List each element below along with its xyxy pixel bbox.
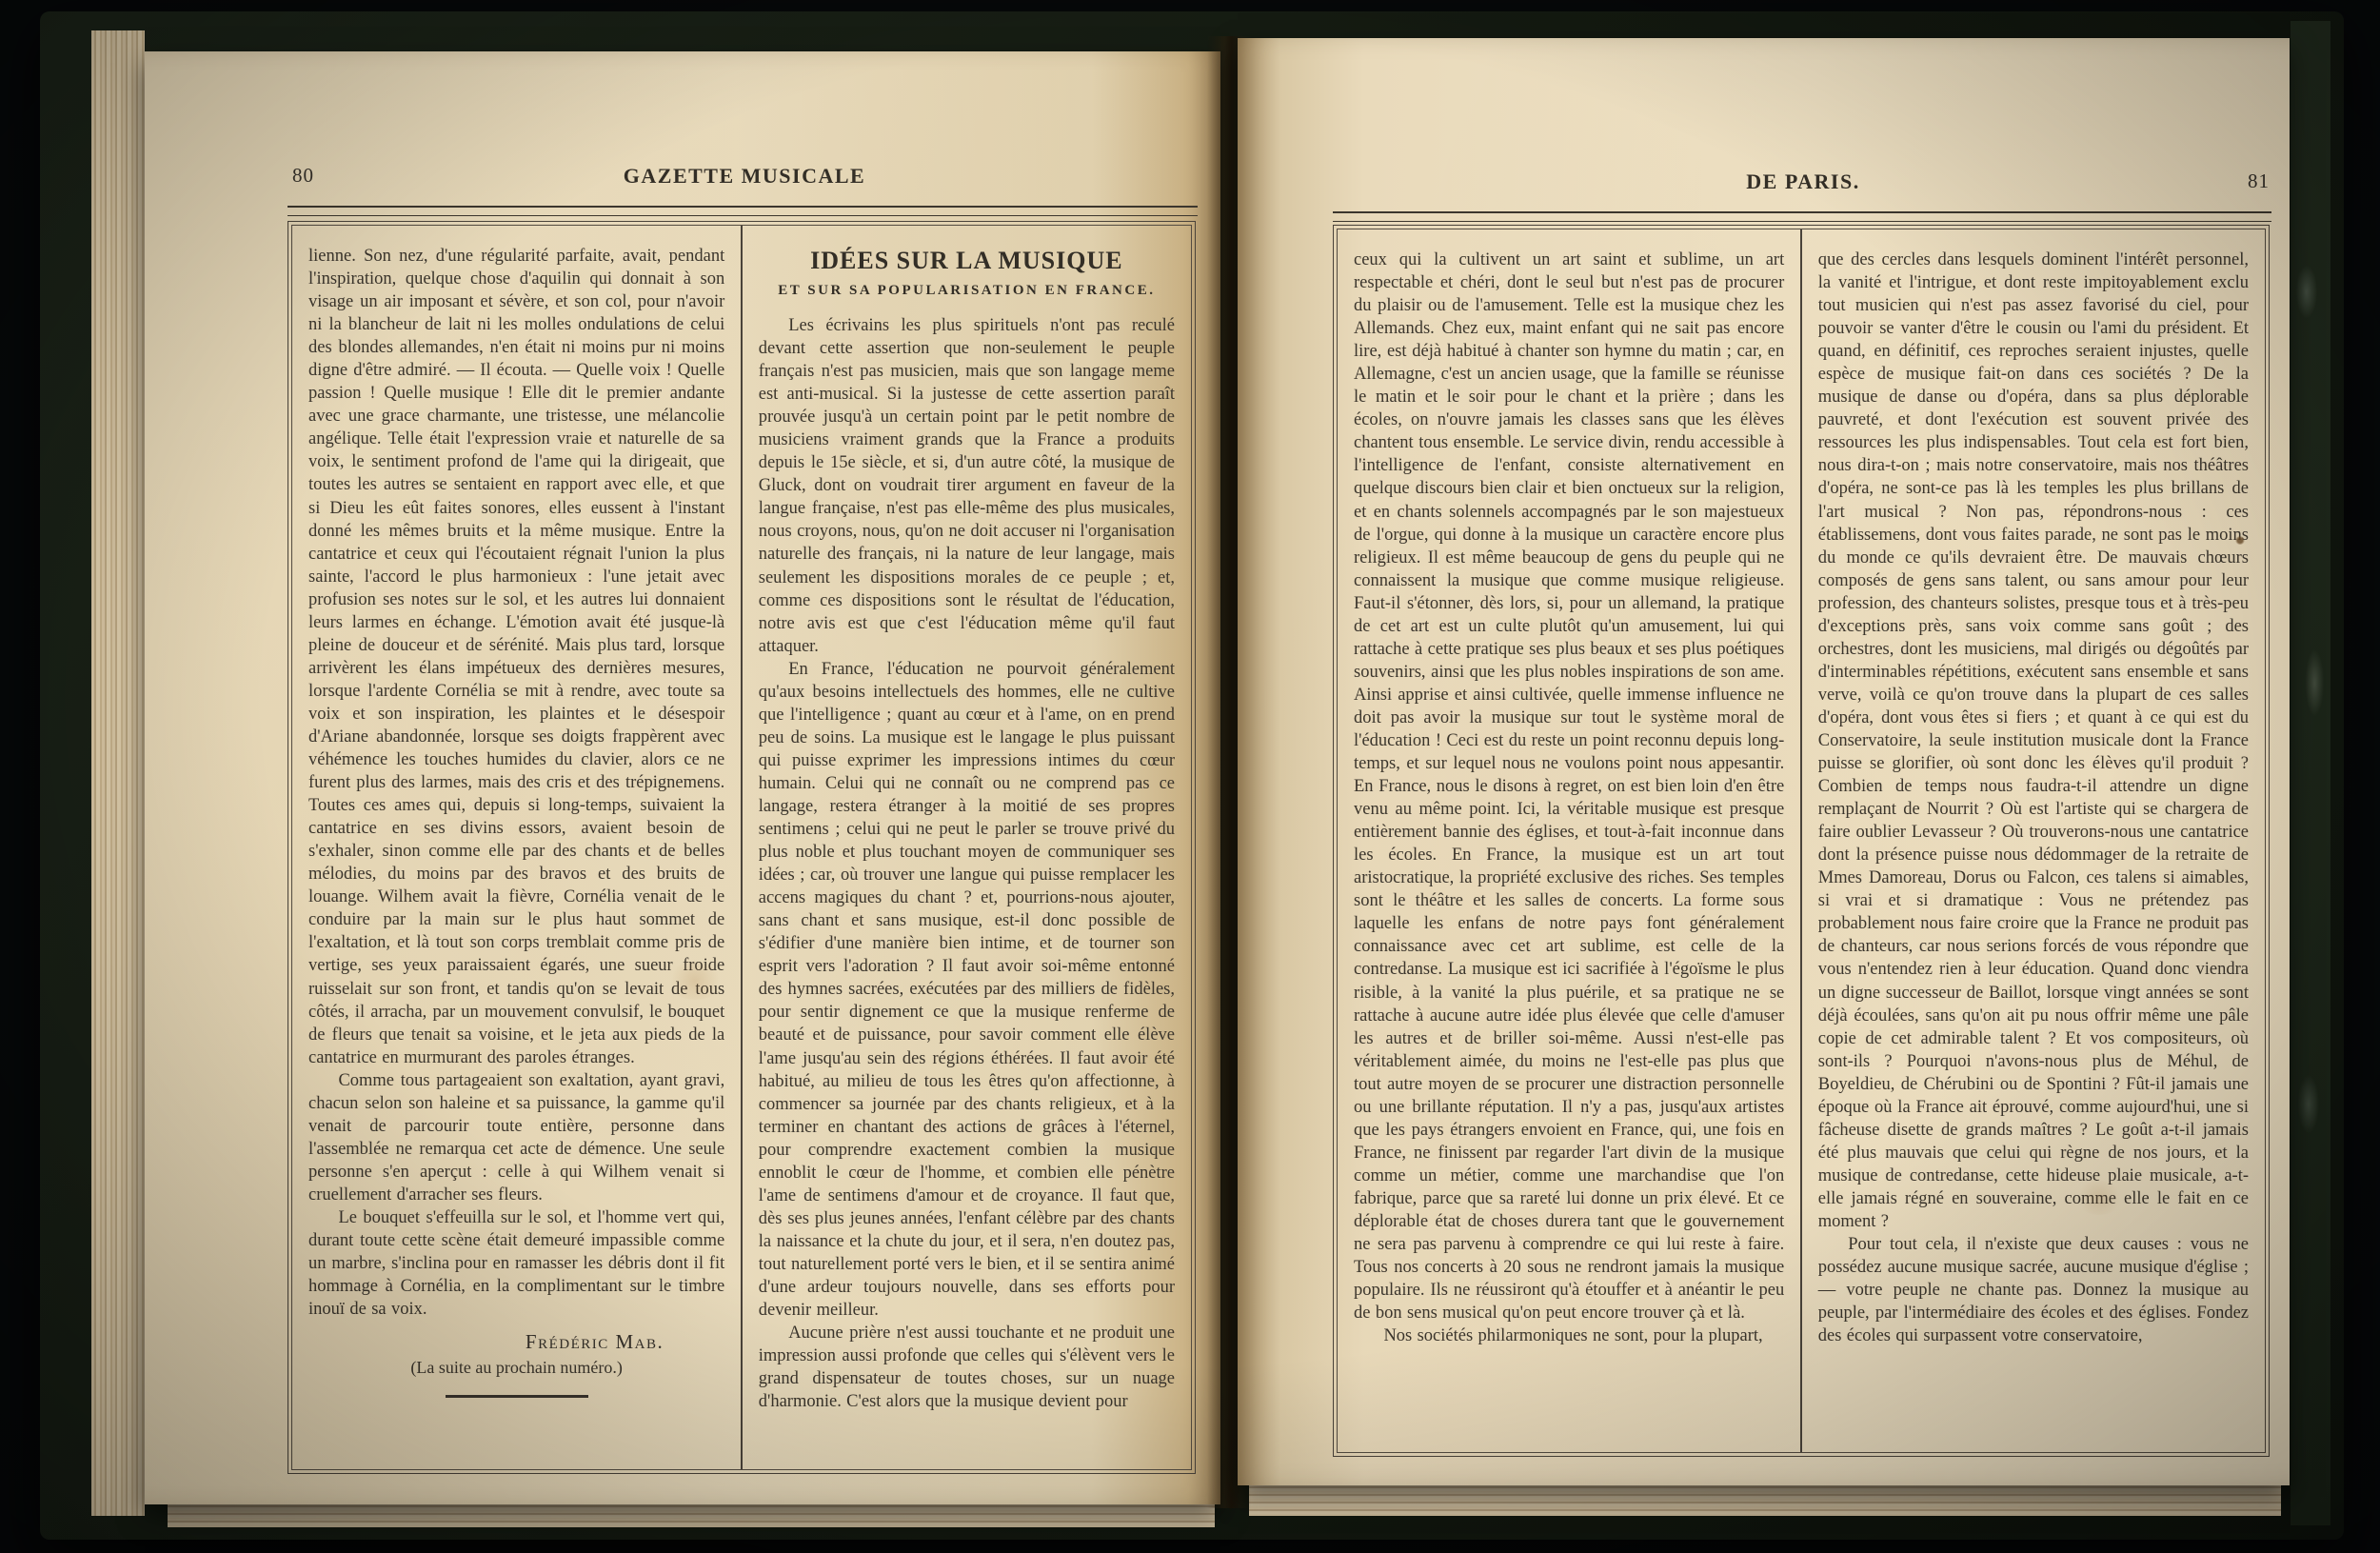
marbled-board-right — [2291, 21, 2330, 1525]
page-81: DE PARIS. 81 ceux qui la cultivent un ar… — [1238, 38, 2290, 1485]
page-number: 81 — [2248, 169, 2270, 193]
article-text-continued: que des cercles dans lesquels dominent l… — [1818, 249, 2249, 1347]
page-edge-stack-left — [91, 30, 145, 1516]
paragraph: Pour tout cela, il n'existe que deux cau… — [1818, 1233, 2249, 1347]
header-double-rule — [1333, 211, 2271, 222]
paragraph: Le bouquet s'effeuilla sur le sol, et l'… — [308, 1206, 724, 1321]
paragraph: Les écrivains les plus spirituels n'ont … — [759, 314, 1175, 658]
article-title: IDÉES SUR LA MUSIQUE — [759, 247, 1175, 275]
author-signature: Frédéric Mab. — [308, 1330, 724, 1354]
page-number: 80 — [292, 164, 314, 188]
continuation-note: (La suite au prochain numéro.) — [308, 1358, 724, 1378]
page-80-header: 80 GAZETTE MUSICALE — [292, 164, 1197, 189]
article-text-continued: ceux qui la cultivent un art saint et su… — [1354, 249, 1784, 1347]
serial-story-text: lienne. Son nez, d'une régularité parfai… — [308, 245, 724, 1321]
page-edge-stack-bottom-right — [1249, 1483, 2281, 1516]
running-title: GAZETTE MUSICALE — [624, 164, 865, 189]
marbled-board-left — [55, 21, 91, 1525]
running-title: DE PARIS. — [1746, 169, 1859, 194]
paragraph: ceux qui la cultivent un art saint et su… — [1354, 249, 1784, 1324]
paragraph: Comme tous partageaient son exaltation, … — [308, 1069, 724, 1206]
page-80: 80 GAZETTE MUSICALE lienne. Son nez, d'u… — [145, 51, 1220, 1504]
text-frame: lienne. Son nez, d'une régularité parfai… — [288, 221, 1196, 1474]
page-81-header: DE PARIS. 81 — [1337, 169, 2270, 194]
paragraph: Aucune prière n'est aussi touchante et n… — [759, 1322, 1175, 1413]
article-subtitle: ET SUR SA POPULARISATION EN FRANCE. — [759, 283, 1175, 299]
paragraph: lienne. Son nez, d'une régularité parfai… — [308, 245, 724, 1069]
column-left: lienne. Son nez, d'une régularité parfai… — [292, 226, 741, 1469]
section-end-rule — [446, 1395, 588, 1398]
paragraph: En France, l'éducation ne pourvoit génér… — [759, 658, 1175, 1322]
text-frame: ceux qui la cultivent un art saint et su… — [1333, 225, 2270, 1457]
article-text: Les écrivains les plus spirituels n'ont … — [759, 314, 1175, 1413]
header-double-rule — [288, 206, 1198, 216]
column-right: que des cercles dans lesquels dominent l… — [1802, 229, 2265, 1452]
page-edge-stack-bottom-left — [168, 1503, 1215, 1527]
paragraph: que des cercles dans lesquels dominent l… — [1818, 249, 2249, 1233]
paragraph: Nos sociétés philarmoniques ne sont, pou… — [1354, 1324, 1784, 1347]
column-right: IDÉES SUR LA MUSIQUE ET SUR SA POPULARIS… — [743, 226, 1191, 1469]
book-photo: 80 GAZETTE MUSICALE lienne. Son nez, d'u… — [0, 0, 2380, 1553]
column-left: ceux qui la cultivent un art saint et su… — [1338, 229, 1800, 1452]
